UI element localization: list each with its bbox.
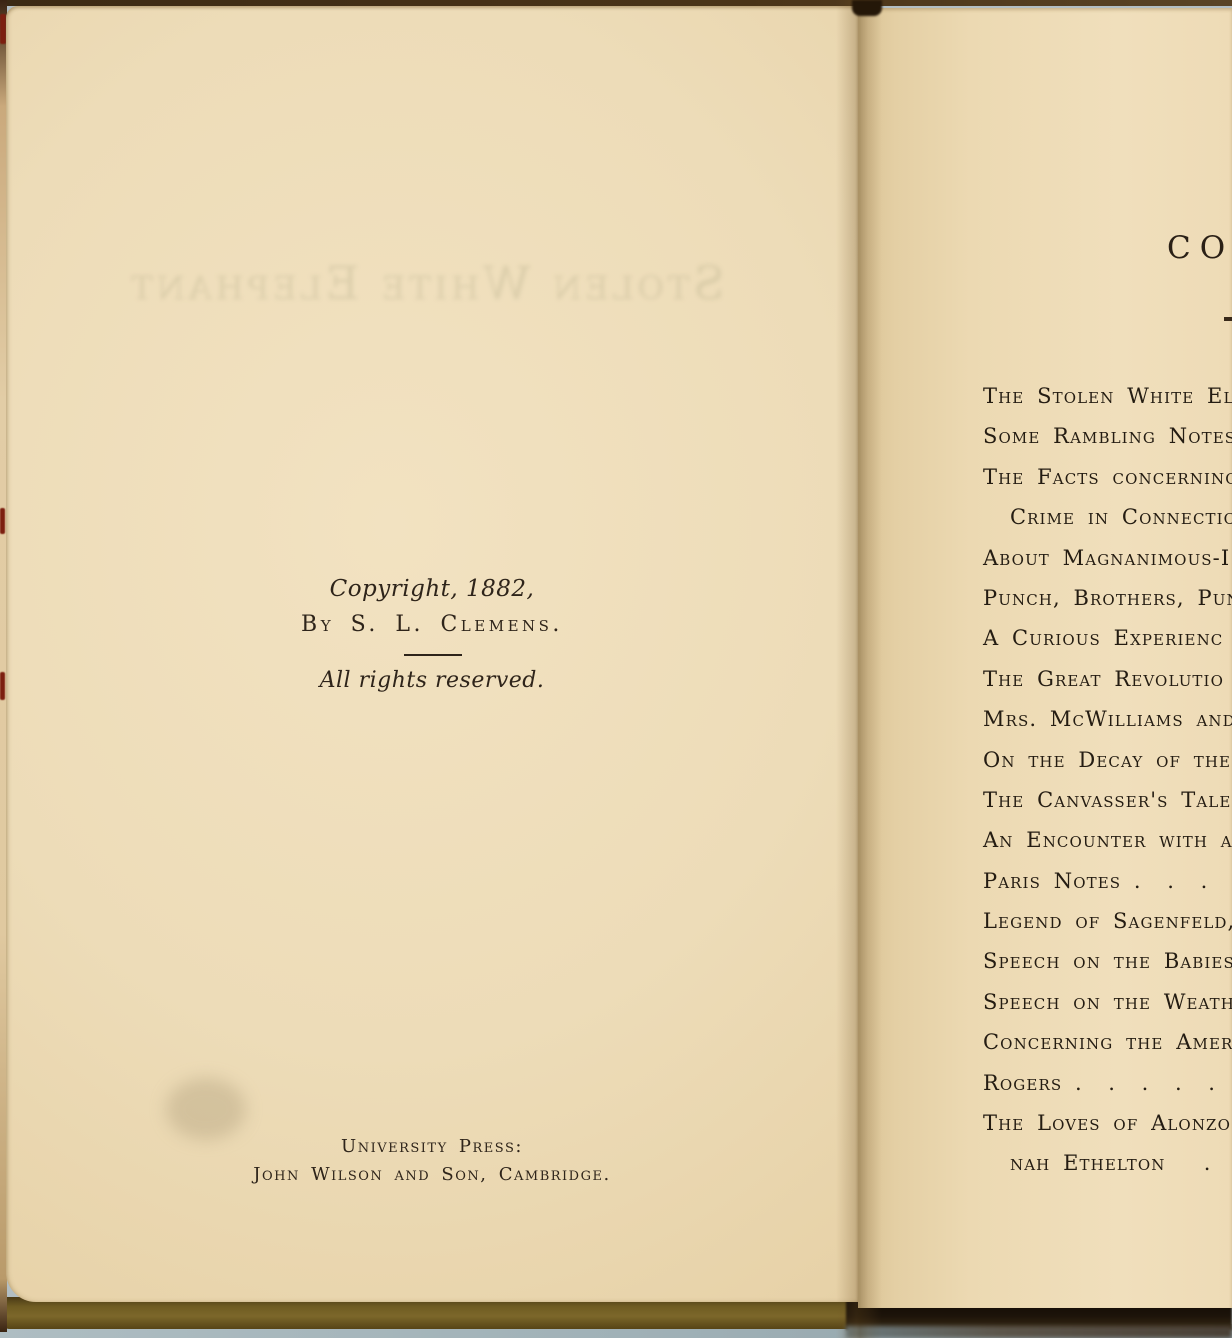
toc-entry: A Curious Experienc (983, 618, 1232, 658)
copyright-line: Copyright, 1882, (6, 576, 858, 602)
toc-entry: Mrs. McWilliams and (983, 699, 1232, 739)
toc-entry: Rogers . . . . . . . (983, 1063, 1232, 1103)
contents-title: CON (1167, 230, 1232, 266)
toc-entry: The Canvasser's Tale (983, 780, 1232, 820)
rights-reserved-line: All rights reserved. (6, 668, 858, 693)
toc-entry: About Magnanimous-I (983, 538, 1232, 578)
toc-entry: Paris Notes . . . . (983, 861, 1232, 901)
toc-entry: Speech on the Weath (983, 982, 1232, 1022)
toc-entry: The Facts concerning (983, 457, 1232, 497)
left-page: Stolen White Elephant Copyright, 1882, B… (6, 6, 858, 1302)
toc-entry: The Great Revolutio (983, 659, 1232, 699)
toc-entry: On the Decay of the (983, 740, 1232, 780)
toc-entry: The Stolen White El (983, 376, 1232, 416)
toc-entry: Some Rambling Notes (983, 416, 1232, 456)
printer-name-line: University Press: (6, 1136, 858, 1157)
right-page: CON The Stolen White El Some Rambling No… (858, 8, 1232, 1308)
table-of-contents: The Stolen White El Some Rambling Notes … (858, 376, 1232, 1184)
book-photo-scene: Stolen White Elephant Copyright, 1882, B… (0, 0, 1232, 1338)
show-through-text: Stolen White Elephant (46, 256, 806, 310)
gutter-top-notch (852, 0, 882, 16)
paper-stain (166, 1078, 246, 1140)
toc-entry: Punch, Brothers, Pun (983, 578, 1232, 618)
toc-entry: Speech on the Babies (983, 941, 1232, 981)
toc-entry: The Loves of Alonzo (983, 1103, 1232, 1143)
toc-entry: An Encounter with a (983, 820, 1232, 860)
cover-red-speck (0, 508, 5, 534)
title-rule-fragment (1224, 317, 1232, 321)
divider-rule (404, 654, 462, 656)
printer-location-line: John Wilson and Son, Cambridge. (6, 1164, 858, 1185)
cover-red-speck (0, 672, 5, 700)
toc-entry: Legend of Sagenfeld, (983, 901, 1232, 941)
toc-entry: Concerning the Amer (983, 1022, 1232, 1062)
toc-entry-continuation: nah Ethelton . . (983, 1143, 1232, 1183)
toc-entry-continuation: Crime in Connectic (983, 497, 1232, 537)
page-bottom-shadow-fade (846, 1326, 1232, 1338)
author-line: By S. L. Clemens. (6, 612, 858, 637)
